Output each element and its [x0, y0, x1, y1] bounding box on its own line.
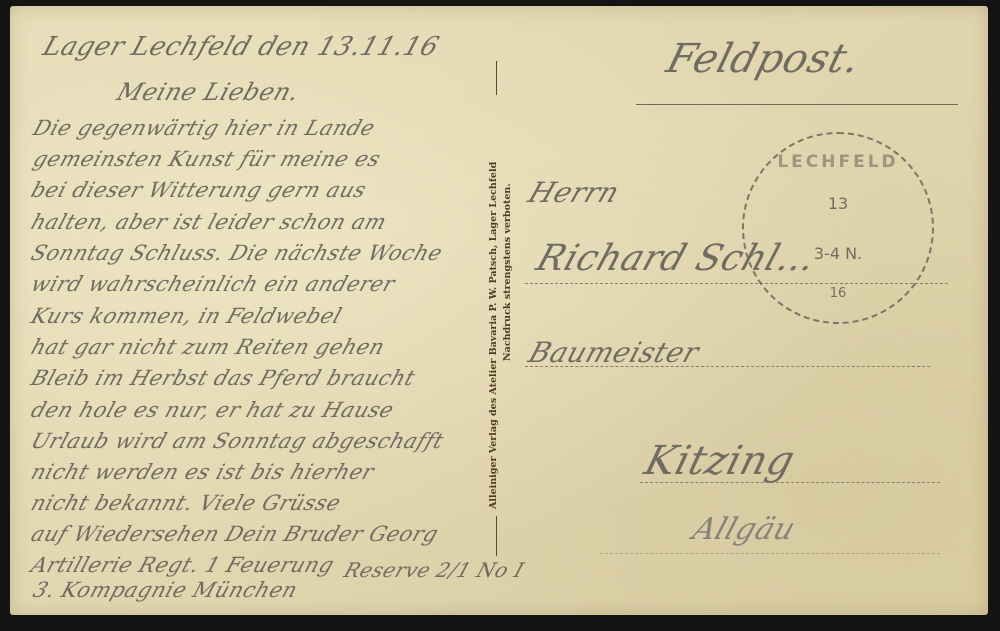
address-line-4 [600, 553, 940, 554]
feldpost-rule [636, 104, 958, 105]
message-line: halten, aber ist leider schon am [28, 210, 390, 234]
address-line-3 [640, 482, 940, 483]
postmark-place: LECHFELD [744, 152, 932, 172]
message-line: auf Wiedersehen Dein Bruder Georg [28, 522, 442, 546]
message-line: hat gar nicht zum Reiten gehen [28, 335, 388, 359]
imprint-line-publisher: Alleiniger Verlag des Atelier Bavaria P.… [488, 162, 499, 509]
postmark-day: 13 [744, 194, 932, 213]
sender-note: Reserve 2/1 No I [341, 558, 527, 582]
message-line: Sonntag Schluss. Die nächste Woche [28, 241, 446, 265]
message-line: gemeinsten Kunst für meine es [30, 147, 384, 171]
recipient-salutation: Herrn [524, 176, 624, 209]
divider-rule-bottom [496, 516, 497, 556]
recipient-region: Allgäu [688, 512, 800, 547]
publisher-imprint: Alleiniger Verlag des Atelier Bavaria P.… [480, 61, 540, 561]
message-line: Kurs kommen, in Feldwebel [28, 304, 345, 328]
divider-rule-top [496, 61, 497, 95]
message-line: Die gegenwärtig hier in Lande [30, 116, 378, 140]
postmark-stamp: LECHFELD 13 3-4 N. 16 [742, 132, 934, 324]
message-line: Bleib im Herbst das Pferd braucht [28, 366, 418, 390]
imprint-line-copyright: Nachdruck strengstens verboten. [502, 183, 513, 361]
message-line: Artillerie Regt. 1 Feuerung [28, 553, 337, 577]
feldpost-label: Feldpost. [662, 36, 865, 82]
message-line: nicht bekannt. Viele Grüsse [28, 491, 344, 515]
recipient-town: Kitzing [640, 438, 800, 484]
message-salutation: Meine Lieben. [113, 78, 303, 106]
message-line: den hole es nur, er hat zu Hause [28, 398, 397, 422]
recipient-occupation: Baumeister [525, 336, 704, 369]
message-line: bei dieser Witterung gern aus [28, 178, 369, 202]
message-line: 3. Kompagnie München [30, 578, 301, 602]
message-line: nicht werden es ist bis hierher [28, 460, 377, 484]
postmark-time: 3-4 N. [744, 244, 932, 263]
postcard: Lager Lechfeld den 13.11.16 Meine Lieben… [10, 6, 988, 615]
address-line-2 [525, 366, 930, 367]
message-line: wird wahrscheinlich ein anderer [28, 272, 398, 296]
message-heading: Lager Lechfeld den 13.11.16 [39, 32, 443, 62]
message-line: Urlaub wird am Sonntag abgeschafft [28, 429, 447, 453]
postmark-year: 16 [744, 286, 932, 301]
